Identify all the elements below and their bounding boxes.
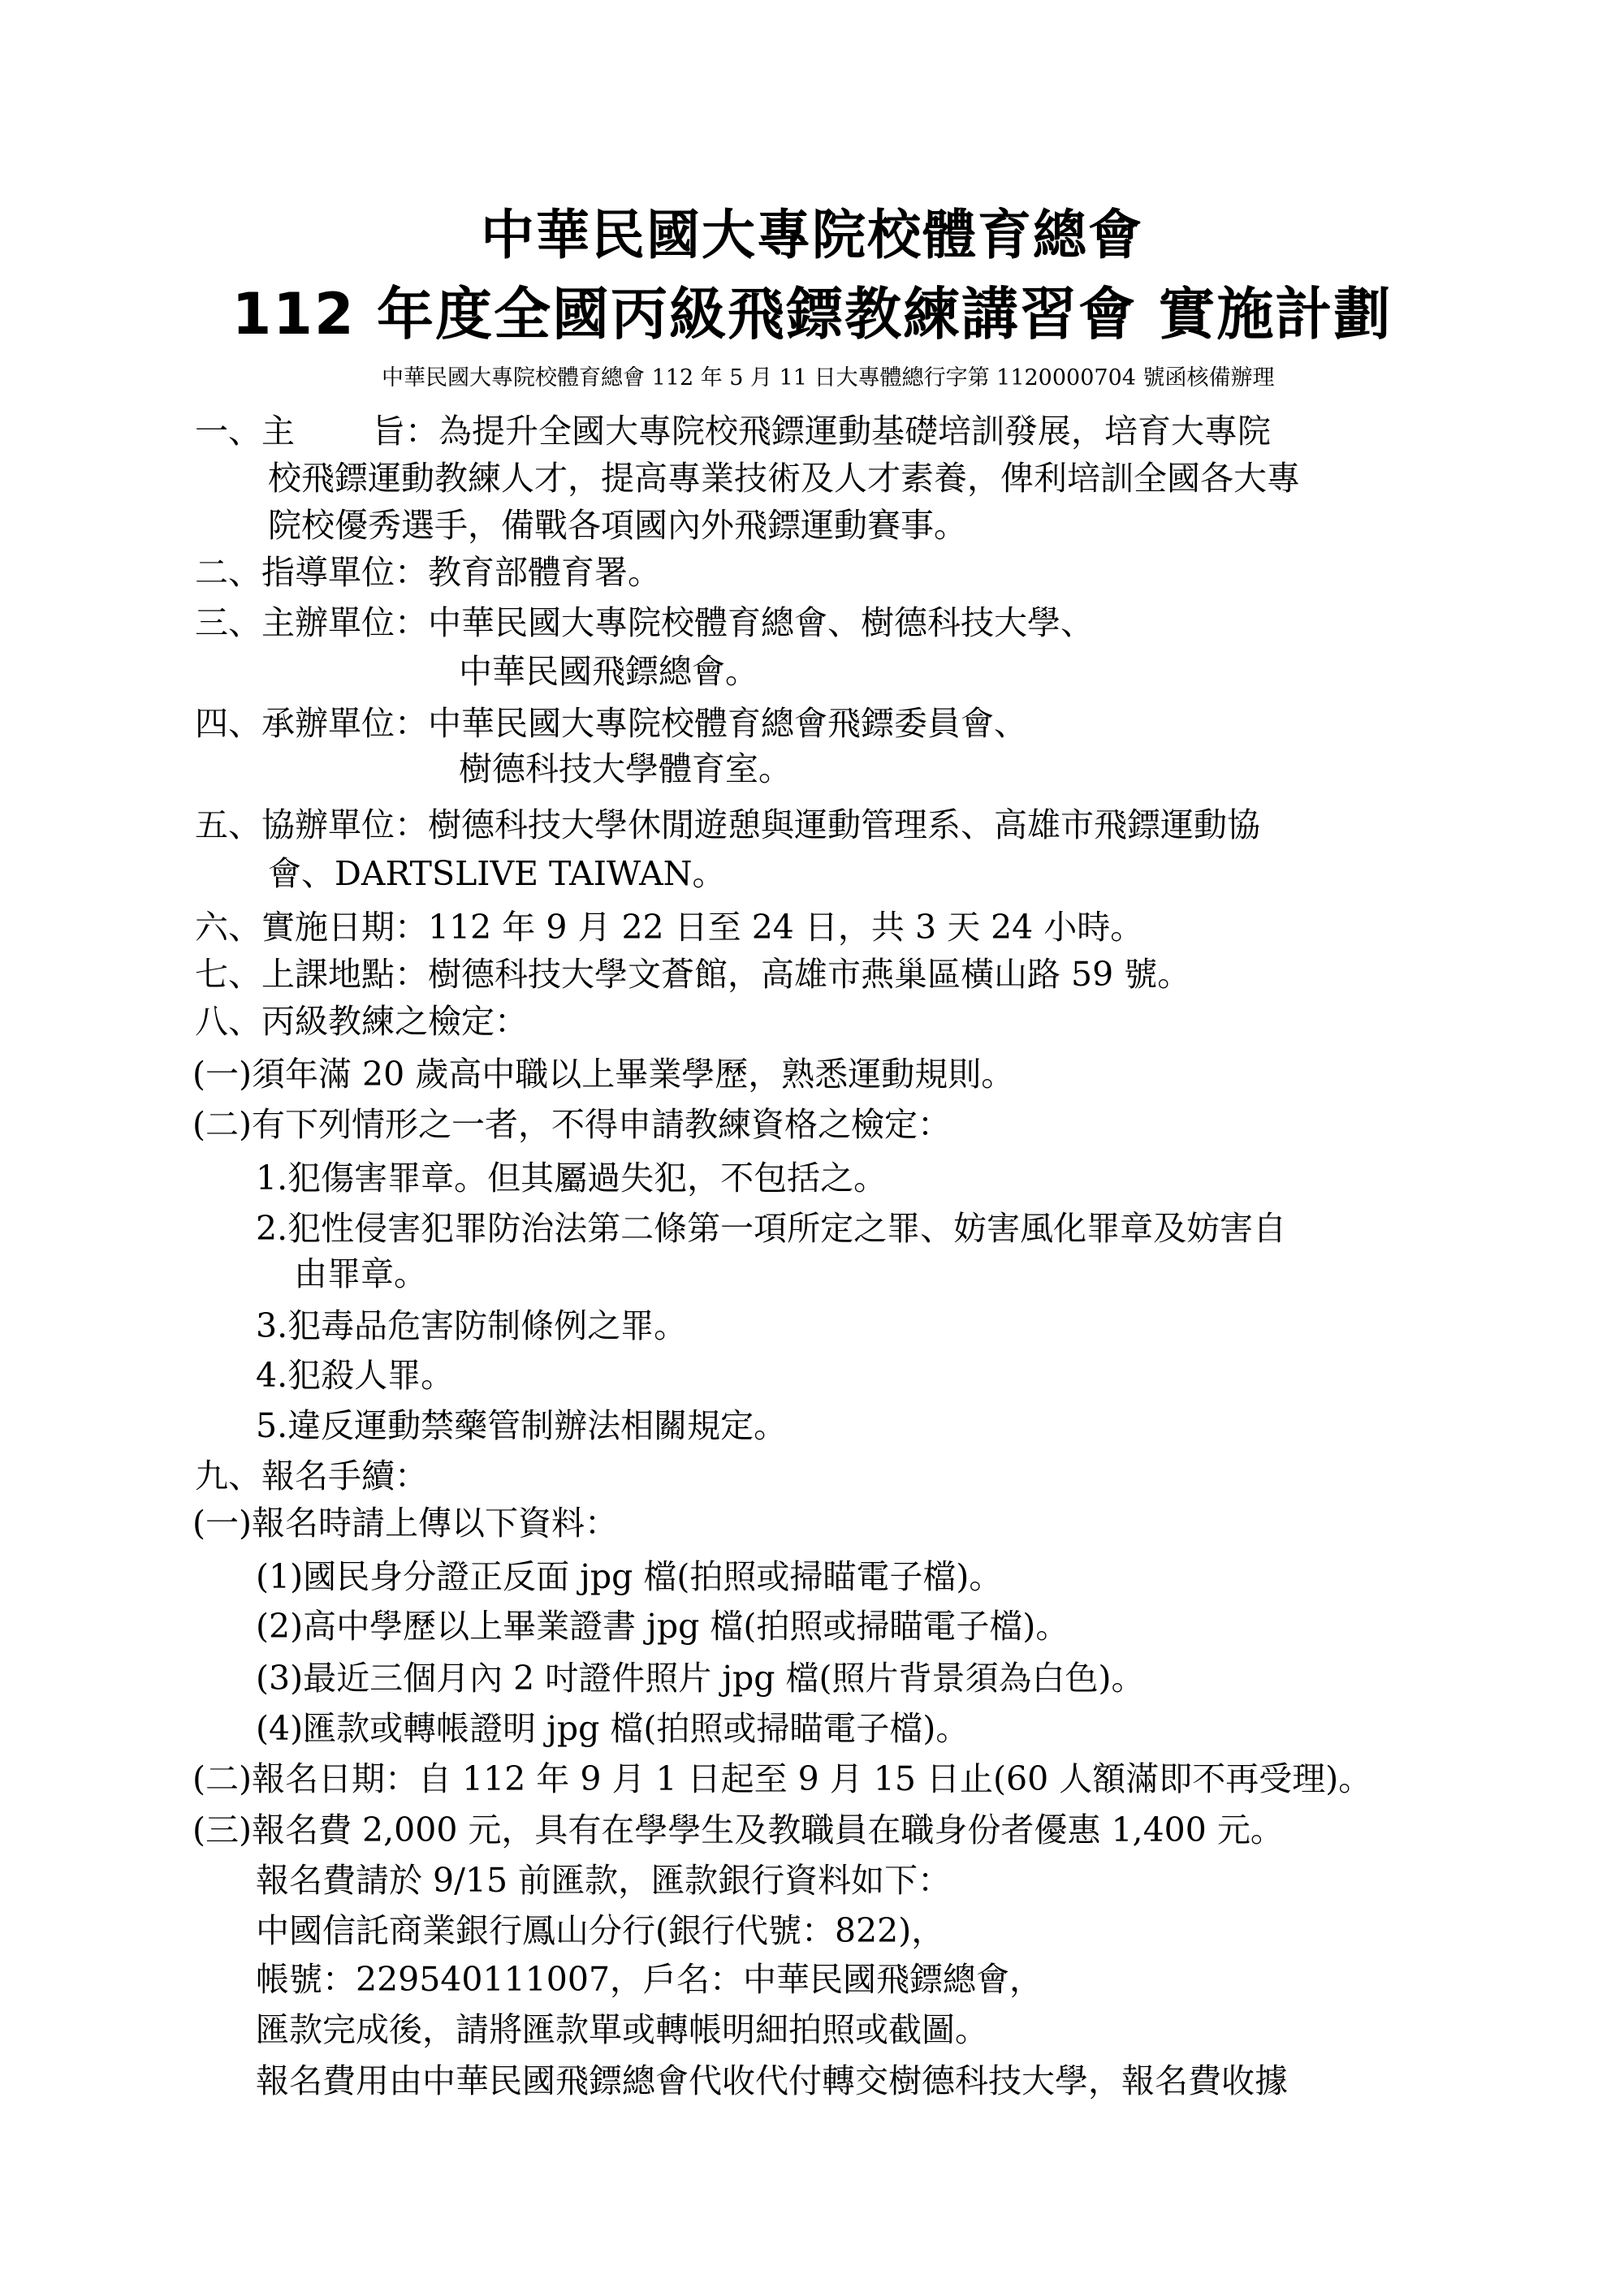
approval-reference: 中華民國大專院校體育總會 112 年 5 月 11 日大專體總行字第 11200… xyxy=(382,364,1275,393)
section-label: 三、主辦單位： xyxy=(195,603,428,642)
section-co-organizer-cont: 會、DARTSLIVE TAIWAN。 xyxy=(268,853,726,894)
exclusion-item: 2.犯性侵害犯罪防治法第二條第一項所定之罪、妨害風化罪章及妨害自 xyxy=(256,1208,1286,1249)
certification-exclusions: (二)有下列情形之一者，不得申請教練資格之檢定： xyxy=(192,1104,951,1145)
payment-bank: 中國信託商業銀行鳳山分行(銀行代號：822)， xyxy=(256,1910,944,1951)
document-title-event: 112 年度全國丙級飛鏢教練講習會 實施計劃 xyxy=(0,280,1624,348)
section-label: 五、協辦單位： xyxy=(195,805,428,844)
section-venue: 七、上課地點：樹德科技大學文蒼館，高雄市燕巢區橫山路 59 號。 xyxy=(195,954,1190,995)
upload-item: (3)最近三個月內 2 吋證件照片 jpg 檔(照片背景須為白色)。 xyxy=(256,1658,1145,1698)
section-label: 四、承辦單位： xyxy=(195,704,428,743)
section-text: 中華民國大專院校體育總會、樹德科技大學、 xyxy=(428,603,1094,642)
registration-fee: (三)報名費 2,000 元，具有在學學生及教職員在職身份者優惠 1,400 元… xyxy=(192,1810,1284,1850)
section-text: 教育部體育署。 xyxy=(428,553,661,592)
registration-dates: (二)報名日期：自 112 年 9 月 1 日起至 9 月 15 日止(60 人… xyxy=(192,1759,1371,1799)
section-executor: 四、承辦單位：中華民國大專院校體育總會飛鏢委員會、 xyxy=(195,703,1027,744)
section-purpose-cont: 院校優秀選手，備戰各項國內外飛鏢運動賽事。 xyxy=(268,505,967,546)
upload-item: (4)匯款或轉帳證明 jpg 檔(拍照或掃瞄電子檔)。 xyxy=(256,1708,969,1749)
exclusion-item: 4.犯殺人罪。 xyxy=(256,1355,454,1396)
section-executor-cont: 樹德科技大學體育室。 xyxy=(459,749,792,789)
registration-upload-heading: (一)報名時請上傳以下資料： xyxy=(192,1503,618,1543)
section-purpose: 一、主旨：為提升全國大專院校飛鏢運動基礎培訓發展，培育大專院 xyxy=(195,411,1271,451)
section-dates: 六、實施日期：112 年 9 月 22 日至 24 日，共 3 天 24 小時。 xyxy=(195,907,1143,947)
upload-item: (2)高中學歷以上畢業證書 jpg 檔(拍照或掃瞄電子檔)。 xyxy=(256,1606,1069,1646)
section-text: 樹德科技大學文蒼館，高雄市燕巢區橫山路 59 號。 xyxy=(428,955,1190,994)
section-certification: 八、丙級教練之檢定： xyxy=(195,1001,528,1042)
payment-account: 帳號：229540111007，戶名：中華民國飛鏢總會， xyxy=(256,1959,1043,2000)
section-label: 六、實施日期： xyxy=(195,908,428,947)
exclusion-item: 1.犯傷害罪章。但其屬過失犯，不包括之。 xyxy=(256,1158,887,1198)
section-supervisor: 二、指導單位：教育部體育署。 xyxy=(195,552,661,593)
section-text: 中華民國大專院校體育總會飛鏢委員會、 xyxy=(428,704,1027,743)
section-text: 樹德科技大學休閒遊憩與運動管理系、高雄市飛鏢運動協 xyxy=(428,805,1260,844)
exclusion-item: 5.違反運動禁藥管制辦法相關規定。 xyxy=(256,1405,787,1446)
certification-requirement: (一)須年滿 20 歲高中職以上畢業學歷，熟悉運動規則。 xyxy=(192,1054,1014,1094)
section-purpose-text: 為提升全國大專院校飛鏢運動基礎培訓發展，培育大專院 xyxy=(438,412,1271,451)
document-title-org: 中華民國大專院校體育總會 xyxy=(0,203,1624,268)
section-registration: 九、報名手續： xyxy=(195,1456,428,1496)
section-purpose-label-a: 一、主 xyxy=(195,412,295,451)
document-page: 中華民國大專院校體育總會 112 年度全國丙級飛鏢教練講習會 實施計劃 中華民國… xyxy=(0,0,1624,2296)
section-label: 二、指導單位： xyxy=(195,553,428,592)
payment-line: 報名費請於 9/15 前匯款，匯款銀行資料如下： xyxy=(256,1860,951,1901)
section-purpose-cont: 校飛鏢運動教練人才，提高專業技術及人才素養，俾利培訓全國各大專 xyxy=(268,458,1300,498)
section-text: 112 年 9 月 22 日至 24 日，共 3 天 24 小時。 xyxy=(428,908,1143,947)
upload-item: (1)國民身分證正反面 jpg 檔(拍照或掃瞄電子檔)。 xyxy=(256,1556,1002,1597)
section-purpose-label-b: 旨： xyxy=(372,412,438,451)
section-co-organizer: 五、協辦單位：樹德科技大學休閒遊憩與運動管理系、高雄市飛鏢運動協 xyxy=(195,805,1260,845)
section-organizer-cont: 中華民國飛鏢總會。 xyxy=(459,651,758,692)
payment-line: 匯款完成後，請將匯款單或轉帳明細拍照或截圖。 xyxy=(256,2009,988,2050)
section-organizer: 三、主辦單位：中華民國大專院校體育總會、樹德科技大學、 xyxy=(195,602,1094,643)
section-label: 七、上課地點： xyxy=(195,955,428,994)
exclusion-item: 3.犯毒品危害防制條例之罪。 xyxy=(256,1306,687,1346)
payment-line: 報名費用由中華民國飛鏢總會代收代付轉交樹德科技大學，報名費收據 xyxy=(256,2061,1288,2101)
exclusion-item-cont: 由罪章。 xyxy=(294,1254,427,1294)
